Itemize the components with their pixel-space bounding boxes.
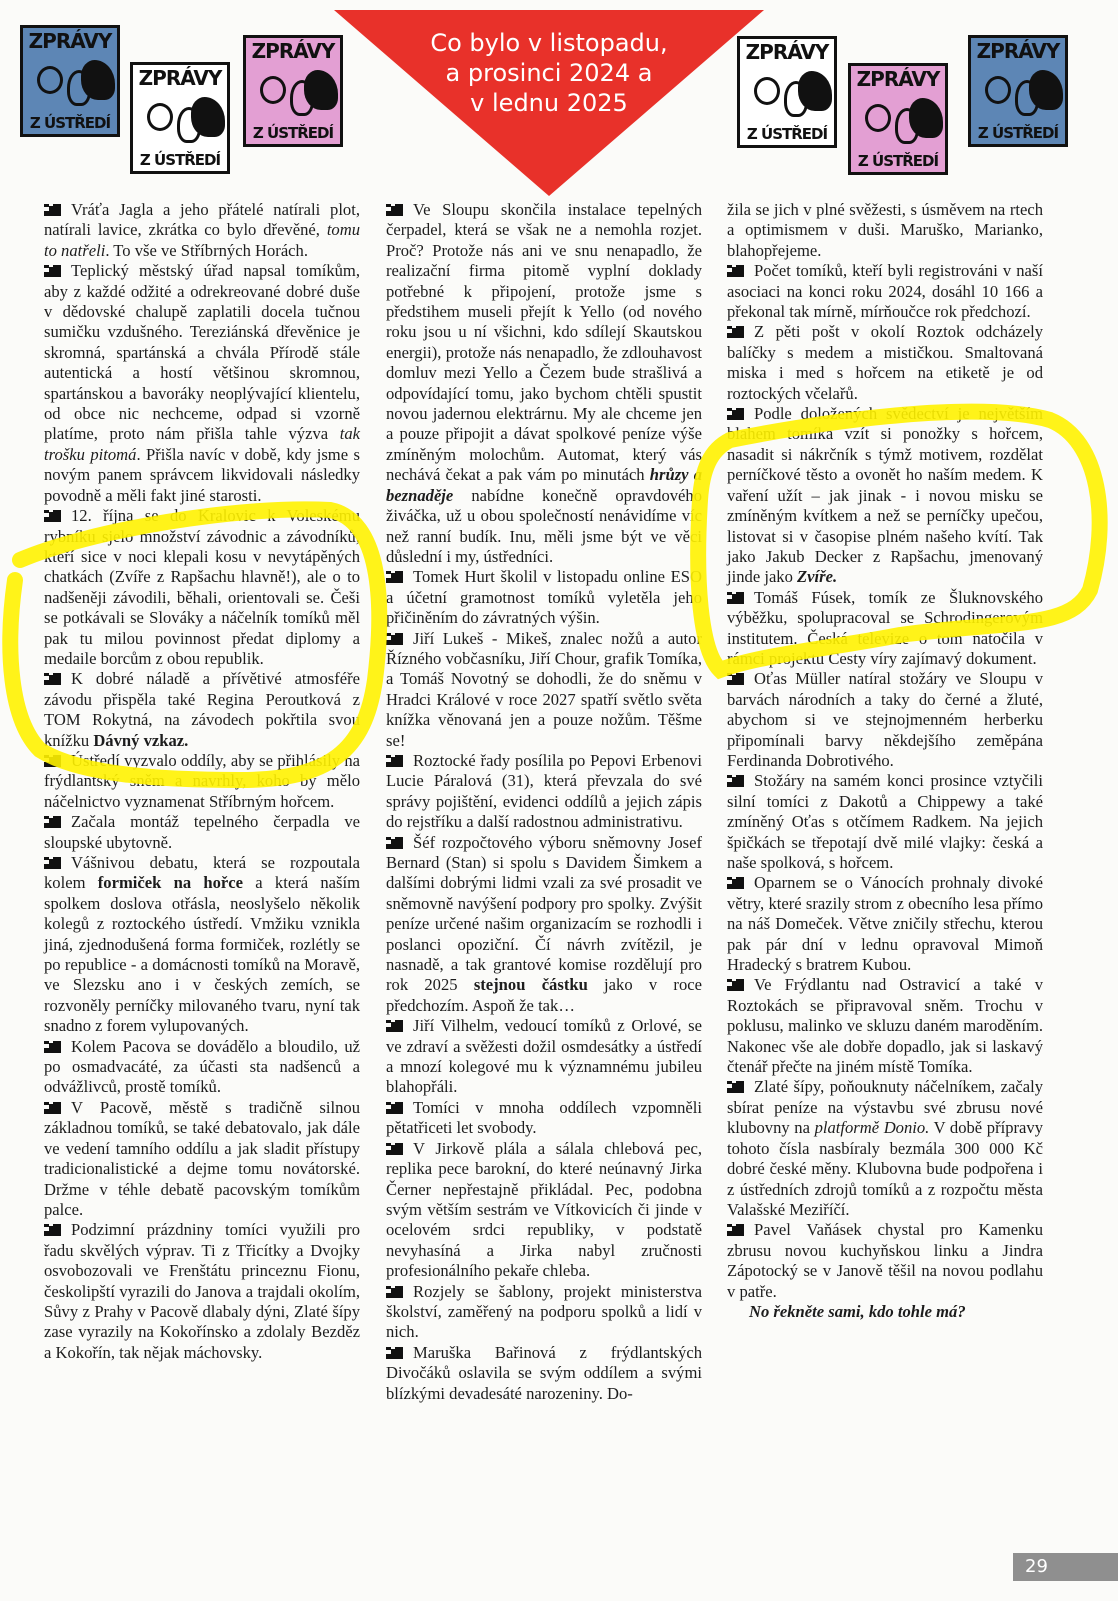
bullet-icon: [727, 408, 744, 420]
title-line: Co bylo v listopadu,: [334, 28, 764, 58]
zpravy-logo: ZPRÁVY Z ÚSTŘEDÍ: [130, 62, 230, 174]
bullet-icon: [44, 1102, 61, 1114]
bullet-icon: [727, 673, 744, 685]
news-item-text: Maruška Bařinová z frýdlantských Divočák…: [386, 1343, 702, 1403]
news-item-text: Oparnem se o Vánocích prohnaly divoké vě…: [727, 873, 1043, 974]
news-item: Jiří Vilhelm, vedoucí tomíků z Orlové, s…: [386, 1016, 702, 1098]
news-item: Oparnem se o Vánocích prohnaly divoké vě…: [727, 873, 1043, 975]
news-item-text: Roztocké řady posílila po Pepovi Erbenov…: [386, 751, 702, 831]
logo-top-text: ZPRÁVY: [746, 41, 829, 63]
bullet-icon: [727, 877, 744, 889]
news-item-text: K dobré náladě a přívětivé atmosféře záv…: [44, 669, 360, 749]
news-item-text: Ve Frýdlantu nad Ostravicí a také v Rozt…: [727, 975, 1043, 1076]
zpravy-logo: ZPRÁVY Z ÚSTŘEDÍ: [243, 35, 343, 147]
face-ear-icon: [133, 89, 227, 151]
news-item: Vráťa Jagla a jeho přátelé natírali plot…: [44, 200, 360, 261]
news-item-text: Oťas Müller natíral stožáry ve Sloupu v …: [727, 669, 1043, 770]
logo-top-text: ZPRÁVY: [139, 67, 222, 89]
news-item-text: Tomíci v mnoha oddílech vzpomněli pětatř…: [386, 1098, 702, 1137]
news-item-text: Ve Sloupu skončila instalace tepelných č…: [386, 200, 702, 566]
logo-top-text: ZPRÁVY: [252, 40, 335, 62]
news-item-text: Rozjely se šablony, projekt ministerstva…: [386, 1282, 702, 1342]
news-item-text: Pavel Vaňásek chystal pro Kamenku zbrusu…: [727, 1220, 1043, 1300]
logo-top-text: ZPRÁVY: [857, 68, 940, 90]
bullet-icon: [44, 673, 61, 685]
bullet-icon: [386, 633, 403, 645]
news-item: Oťas Müller natíral stožáry ve Sloupu v …: [727, 669, 1043, 771]
news-item-text: 12. října se do Kralovic k Voleskému ryb…: [44, 506, 360, 668]
news-item: Ve Frýdlantu nad Ostravicí a také v Rozt…: [727, 975, 1043, 1077]
article-column-middle: Ve Sloupu skončila instalace tepelných č…: [386, 200, 702, 1404]
bullet-icon: [386, 571, 403, 583]
face-ear-icon: [740, 63, 834, 125]
bullet-icon: [727, 1081, 744, 1093]
bullet-icon: [386, 1102, 403, 1114]
face-ear-icon: [246, 62, 340, 124]
news-item: Počet tomíků, kteří byli registrováni v …: [727, 261, 1043, 322]
news-item-text: Podle doložených svědectví je největším …: [727, 404, 1043, 586]
news-item: V Pacově, městě s tradičně silnou základ…: [44, 1098, 360, 1220]
news-item-text: Šéf rozpočtového výboru sněmovny Josef B…: [386, 833, 702, 1015]
news-item: Zlaté šípy, poňouknuty náčelníkem, začal…: [727, 1077, 1043, 1220]
face-ear-icon: [971, 62, 1065, 124]
bullet-icon: [386, 204, 403, 216]
zpravy-logo: ZPRÁVY Z ÚSTŘEDÍ: [968, 35, 1068, 147]
page-title: Co bylo v listopadu, a prosinci 2024 a v…: [334, 28, 764, 118]
bullet-icon: [386, 1286, 403, 1298]
news-item: Začala montáž tepelného čerpadla ve slou…: [44, 812, 360, 853]
news-item-text: Jiří Lukeš - Mikeš, znalec nožů a autor …: [386, 629, 702, 750]
bullet-icon: [727, 775, 744, 787]
logo-bottom-text: Z ÚSTŘEDÍ: [140, 151, 220, 169]
news-item-text: Tomáš Fúsek, tomík ze Šluknovského výběž…: [727, 588, 1043, 668]
bullet-icon: [727, 265, 744, 277]
news-item: Tomáš Fúsek, tomík ze Šluknovského výběž…: [727, 588, 1043, 670]
bullet-icon: [44, 755, 61, 767]
title-line: a prosinci 2024 a: [334, 58, 764, 88]
news-item: Ve Sloupu skončila instalace tepelných č…: [386, 200, 702, 567]
bullet-icon: [44, 265, 61, 277]
bullet-icon: [44, 204, 61, 216]
page-number: 29: [1013, 1553, 1118, 1581]
logo-bottom-text: Z ÚSTŘEDÍ: [978, 124, 1058, 142]
news-item-text: Počet tomíků, kteří byli registrováni v …: [727, 261, 1043, 321]
bullet-icon: [44, 857, 61, 869]
news-item: Roztocké řady posílila po Pepovi Erbenov…: [386, 751, 702, 833]
bullet-icon: [727, 1224, 744, 1236]
logo-top-text: ZPRÁVY: [977, 40, 1060, 62]
news-item: Stožáry na samém konci prosince vztyčili…: [727, 771, 1043, 873]
news-item: Podle doložených svědectví je největším …: [727, 404, 1043, 588]
page-header: ZPRÁVY Z ÚSTŘEDÍ ZPRÁVY Z ÚSTŘEDÍ ZPRÁVY…: [0, 0, 1118, 200]
news-item-text: Začala montáž tepelného čerpadla ve slou…: [44, 812, 360, 851]
news-item: Teplický městský úřad napsal tomíkům, ab…: [44, 261, 360, 506]
bullet-icon: [44, 510, 61, 522]
bullet-icon: [727, 592, 744, 604]
news-item-text: Jiří Vilhelm, vedoucí tomíků z Orlové, s…: [386, 1016, 702, 1096]
logo-top-text: ZPRÁVY: [29, 30, 112, 52]
news-item-text: Ústředí vyzvalo oddíly, aby se přihlásil…: [44, 751, 360, 811]
news-item: žila se jich v plné svěžesti, s úsměvem …: [727, 200, 1043, 261]
news-item-text: Kolem Pacova se dovádělo a bloudilo, už …: [44, 1037, 360, 1097]
news-item: Jiří Lukeš - Mikeš, znalec nožů a autor …: [386, 629, 702, 751]
zpravy-logo: ZPRÁVY Z ÚSTŘEDÍ: [848, 63, 948, 175]
news-item-text: Vášnivou debatu, která se rozpoutala kol…: [44, 853, 360, 1035]
news-item: Podzimní prázdniny tomíci využili pro řa…: [44, 1220, 360, 1363]
news-item: Z pěti pošt v okolí Roztok odcházely bal…: [727, 322, 1043, 404]
bullet-icon: [386, 1143, 403, 1155]
news-item: Rozjely se šablony, projekt ministerstva…: [386, 1282, 702, 1343]
news-item-text: Podzimní prázdniny tomíci využili pro řa…: [44, 1220, 360, 1361]
news-item-text: Z pěti pošt v okolí Roztok odcházely bal…: [727, 322, 1043, 402]
news-item: Maruška Bařinová z frýdlantských Divočák…: [386, 1343, 702, 1404]
bullet-icon: [386, 1020, 403, 1032]
article-column-right: žila se jich v plné svěžesti, s úsměvem …: [727, 200, 1043, 1322]
news-item: V Jirkově plála a sálala chlebová pec, r…: [386, 1139, 702, 1282]
logo-bottom-text: Z ÚSTŘEDÍ: [858, 152, 938, 170]
bullet-icon: [727, 326, 744, 338]
bullet-icon: [44, 1041, 61, 1053]
news-item: Ústředí vyzvalo oddíly, aby se přihlásil…: [44, 751, 360, 812]
news-item: Pavel Vaňásek chystal pro Kamenku zbrusu…: [727, 1220, 1043, 1302]
bullet-icon: [727, 979, 744, 991]
bullet-icon: [44, 1224, 61, 1236]
closing-line: No řekněte sami, kdo tohle má?: [727, 1302, 1043, 1322]
news-item-text: Teplický městský úřad napsal tomíkům, ab…: [44, 261, 360, 504]
article-column-left: Vráťa Jagla a jeho přátelé natírali plot…: [44, 200, 360, 1363]
news-item-text: V Jirkově plála a sálala chlebová pec, r…: [386, 1139, 702, 1280]
logo-bottom-text: Z ÚSTŘEDÍ: [30, 114, 110, 132]
news-item: Tomek Hurt školil v listopadu online ESO…: [386, 567, 702, 628]
title-line: v lednu 2025: [334, 88, 764, 118]
news-item-text: Zlaté šípy, poňouknuty náčelníkem, začal…: [727, 1077, 1043, 1218]
logo-bottom-text: Z ÚSTŘEDÍ: [253, 124, 333, 142]
news-item: 12. října se do Kralovic k Voleskému ryb…: [44, 506, 360, 669]
news-item: Kolem Pacova se dovádělo a bloudilo, už …: [44, 1037, 360, 1098]
news-item-text: Tomek Hurt školil v listopadu online ESO…: [386, 567, 702, 627]
face-ear-icon: [23, 52, 117, 114]
face-ear-icon: [851, 90, 945, 152]
news-item-text: Vráťa Jagla a jeho přátelé natírali plot…: [44, 200, 360, 260]
zpravy-logo: ZPRÁVY Z ÚSTŘEDÍ: [20, 25, 120, 137]
news-item-text: Stožáry na samém konci prosince vztyčili…: [727, 771, 1043, 872]
news-item: Šéf rozpočtového výboru sněmovny Josef B…: [386, 833, 702, 1017]
bullet-icon: [386, 837, 403, 849]
news-item: Tomíci v mnoha oddílech vzpomněli pětatř…: [386, 1098, 702, 1139]
title-banner: Co bylo v listopadu, a prosinci 2024 a v…: [334, 10, 764, 196]
news-item-text: V Pacově, městě s tradičně silnou základ…: [44, 1098, 360, 1219]
logo-bottom-text: Z ÚSTŘEDÍ: [747, 125, 827, 143]
news-item-text: žila se jich v plné svěžesti, s úsměvem …: [727, 200, 1043, 260]
news-item: K dobré náladě a přívětivé atmosféře záv…: [44, 669, 360, 751]
bullet-icon: [386, 755, 403, 767]
news-item: Vášnivou debatu, která se rozpoutala kol…: [44, 853, 360, 1037]
bullet-icon: [44, 816, 61, 828]
bullet-icon: [386, 1347, 403, 1359]
zpravy-logo: ZPRÁVY Z ÚSTŘEDÍ: [737, 36, 837, 148]
